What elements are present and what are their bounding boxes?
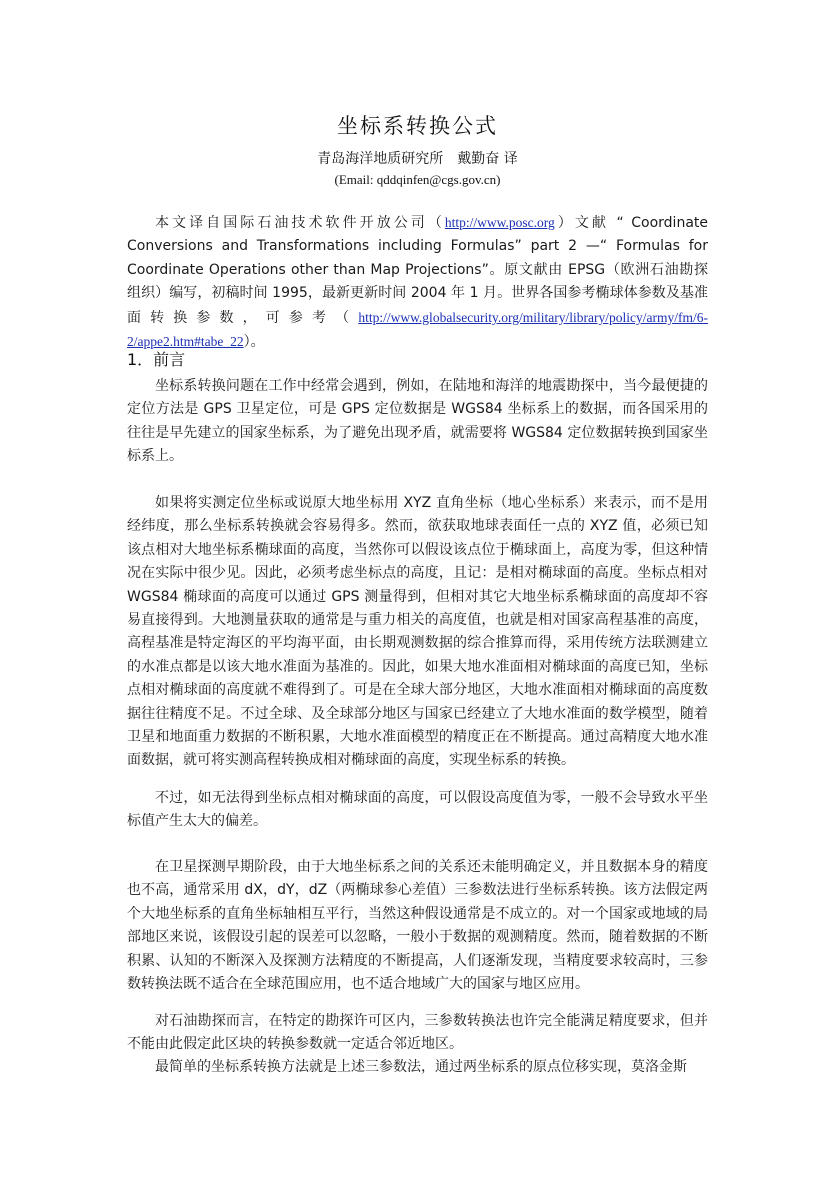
body-paragraph: 最简单的坐标系转换方法就是上述三参数法，通过两坐标系的原点位移实现，莫洛金斯: [127, 1056, 708, 1079]
document-title: 坐标系转换公式: [127, 110, 708, 140]
author-line: 青岛海洋地质研究所 戴勤奋 译: [127, 148, 708, 168]
body-paragraph: 在卫星探测早期阶段，由于大地坐标系之间的关系还未能明确定义，并且数据本身的精度也…: [127, 856, 708, 996]
posc-link[interactable]: http://www.posc.org: [445, 215, 555, 230]
body-paragraph: 不过，如无法得到坐标点相对椭球面的高度，可以假设高度值为零，一般不会导致水平坐标…: [127, 787, 708, 834]
intro-text-a: 本文译自国际石油技术软件开放公司（: [155, 215, 445, 231]
body-paragraph: 对石油勘探而言，在特定的勘探许可区内，三参数转换法也许完全能满足精度要求，但并不…: [127, 1010, 708, 1057]
body-paragraph: 如果将实测定位坐标或说原大地坐标用 XYZ 直角坐标（地心坐标系）来表示，而不是…: [127, 492, 708, 773]
intro-text-c: ）。: [244, 334, 265, 350]
body-paragraph: 坐标系转换问题在工作中经常会遇到，例如，在陆地和海洋的地震勘探中，当今最便捷的定…: [127, 375, 708, 469]
intro-paragraph: 本文译自国际石油技术软件开放公司（http://www.posc.org）文献 …: [127, 211, 708, 354]
author-email: (Email: qddqinfen@cgs.gov.cn): [127, 172, 708, 188]
section-heading-preface: 1．前言: [127, 347, 185, 370]
